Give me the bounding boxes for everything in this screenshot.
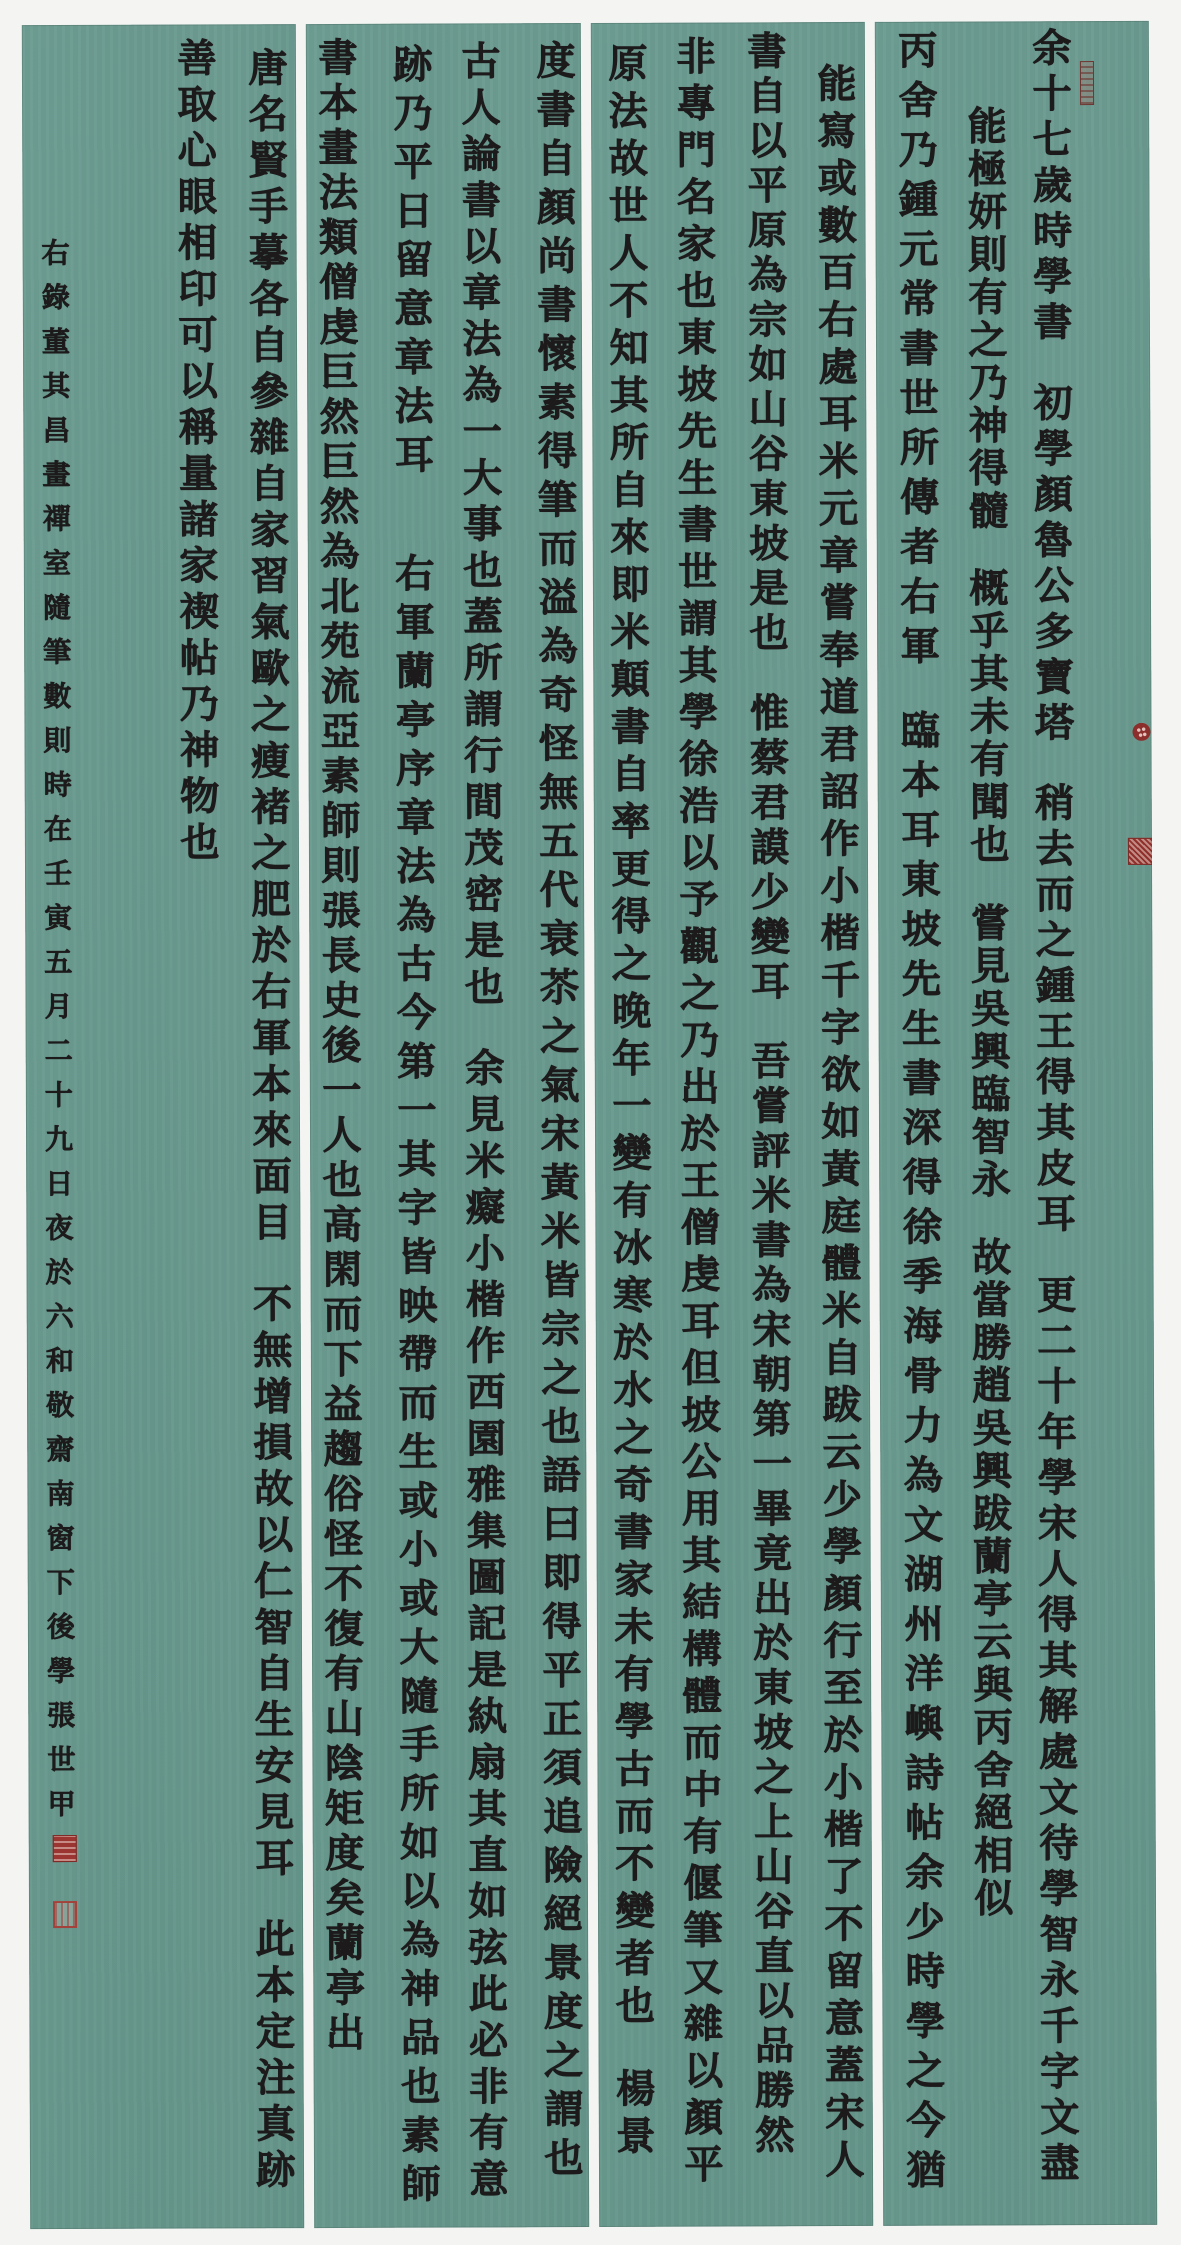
seal-stamp-icon xyxy=(53,1901,77,1928)
text-segment: 初學顏魯公多寶塔 xyxy=(1027,382,1074,748)
text-segment: 原法故世人不知其所自來即米顛書自率更得之晚年一變有冰寒於水之奇書家未有學古而不變… xyxy=(602,43,656,2033)
text-segment: 惟蔡君謨少變耳 xyxy=(743,692,790,1005)
text-segment: 楊景 xyxy=(610,2067,656,2154)
calligraphy-scroll-set: 唐名賢手摹各自參雜自家習氣歐之瘦褚之肥於右軍本來面目不無增損故以仁智自生安見耳此… xyxy=(0,0,1181,2245)
text-column: 跡乃平日留意章法耳右軍蘭亭序章法為古今第一其字皆映帶而生或小或大隨手所如以為神品… xyxy=(382,44,446,2203)
seal-stamp-icon xyxy=(1132,723,1150,741)
text-segment: 善取心眼相印可以稱量諸家禊帖乃神物也 xyxy=(171,37,220,860)
text-column: 唐名賢手摹各自參雜自家習氣歐之瘦褚之肥於右軍本來面目不無增損故以仁智自生安見耳此… xyxy=(237,47,301,2188)
text-column: 原法故世人不知其所自來即米顛書自率更得之晚年一變有冰寒於水之奇書家未有學古而不變… xyxy=(597,43,661,2154)
text-segment: 臨本耳東坡先生書深得徐季海骨力為文湖州洋嶼詩帖余少時學之今猶 xyxy=(894,710,946,2189)
text-segment: 此本定注真跡 xyxy=(249,1918,296,2188)
text-segment: 更二十年學宋人得其解處文待學智永千字文盡 xyxy=(1031,1274,1080,2181)
text-column: 能極妍則有之乃神得髓概乎其未有聞也嘗見吳興臨智永故當勝趙吳興跋蘭亭云與丙舍絕相似 xyxy=(956,105,1019,1916)
text-column: 古人論書以章法為一大事也蓋所謂行間茂密是也余見米癡小楷作西園雅集圖記是紈扇其直如… xyxy=(450,40,514,2197)
text-segment: 丙舍乃鍾元常書世所傳者右軍 xyxy=(892,30,940,676)
text-segment: 稍去而之鍾王得其皮耳 xyxy=(1029,782,1077,1239)
text-segment: 不無增損故以仁智自生安見耳 xyxy=(247,1283,295,1883)
text-column: 書本畫法類僧虔巨然巨然為北苑流亞素師則張長史後一人也高閑而下益趨俗怪不復有山陰矩… xyxy=(307,37,371,2051)
text-segment: 書自以平原為宗如山谷東坡是也 xyxy=(741,30,789,657)
text-column: 善取心眼相印可以稱量諸家禊帖乃神物也 xyxy=(166,37,225,860)
text-segment: 故當勝趙吳興跋蘭亭云與丙舍絕相似 xyxy=(965,1236,1014,1916)
text-segment: 余見米癡小楷作西園雅集圖記是紈扇其直如弦此必非有意 xyxy=(459,1047,509,2197)
text-segment: 古人論書以章法為一大事也蓋所謂行間茂密是也 xyxy=(455,40,505,1012)
text-segment: 概乎其未有聞也 xyxy=(963,568,1010,867)
text-column: 丙舍乃鍾元常書世所傳者右軍臨本耳東坡先生書深得徐季海骨力為文湖州洋嶼詩帖余少時學… xyxy=(887,30,951,2189)
inscription-signature: 右錄董其昌畫禪室隨筆數則時在壬寅五月二十九日夜於六和敬齋南窗下後學張世甲 xyxy=(34,238,80,1817)
text-segment: 能寫或數百右處耳米元章嘗奉道君詔作小楷千字欲如黃庭體米自跋云少學顏行至於小楷了不… xyxy=(811,63,865,2178)
text-segment: 右軍蘭亭序章法為古今第一其字皆映帶而生或小或大隨手所如以為神品也素師 xyxy=(389,553,441,2203)
seal-stamp-icon xyxy=(53,1835,77,1862)
text-column: 非專門名家也東坡先生書世謂其學徐浩以予觀之乃出於王僧虔耳但坡公用其結構體而中有偃… xyxy=(665,35,729,2182)
text-segment: 書本畫法類僧虔巨然巨然為北苑流亞素師則張長史後一人也高閑而下益趨俗怪不復有山陰矩… xyxy=(312,37,366,2051)
mounted-panels: 唐名賢手摹各自參雜自家習氣歐之瘦褚之肥於右軍本來面目不無增損故以仁智自生安見耳此… xyxy=(0,0,1181,2245)
text-segment: 余十七歲時學書 xyxy=(1026,27,1073,347)
text-column: 書自以平原為宗如山谷東坡是也惟蔡君謨少變耳吾嘗評米書為宋朝第一畢竟出於東坡之上山… xyxy=(736,30,800,2153)
text-column: 度書自顏尚書懷素得筆而溢為奇怪無五代衰苶之氣宋黃米皆宗之也語曰即得平正須追險絕景… xyxy=(525,40,589,2176)
text-segment: 跡乃平日留意章法耳 xyxy=(387,44,435,483)
calligraphy-panel-1: 余十七歲時學書初學顏魯公多寶塔稍去而之鍾王得其皮耳更二十年學宋人得其解處文待學智… xyxy=(875,21,1157,2226)
text-segment: 唐名賢手摹各自參雜自家習氣歐之瘦褚之肥於右軍本來面目 xyxy=(242,47,293,1248)
text-column: 能寫或數百右處耳米元章嘗奉道君詔作小楷千字欲如黃庭體米自跋云少學顏行至於小楷了不… xyxy=(806,63,870,2178)
text-segment: 非專門名家也東坡先生書世謂其學徐浩以予觀之乃出於王僧虔耳但坡公用其結構體而中有偃… xyxy=(670,36,724,2183)
text-segment: 嘗見吳興臨智永 xyxy=(964,902,1011,1201)
calligraphy-panel-2: 能寫或數百右處耳米元章嘗奉道君詔作小楷千字欲如黃庭體米自跋云少學顏行至於小楷了不… xyxy=(591,22,873,2227)
text-segment: 能極妍則有之乃神得髓 xyxy=(961,105,1009,533)
text-segment: 吾嘗評米書為宋朝第一畢竟出於東坡之上山谷直以品勝然 xyxy=(745,1040,795,2153)
seal-stamp-icon xyxy=(1080,61,1094,105)
text-column: 余十七歲時學書初學顏魯公多寶塔稍去而之鍾王得其皮耳更二十年學宋人得其解處文待學智… xyxy=(1021,27,1085,2181)
calligraphy-panel-4: 唐名賢手摹各自參雜自家習氣歐之瘦褚之肥於右軍本來面目不無增損故以仁智自生安見耳此… xyxy=(22,24,304,2229)
text-segment: 度書自顏尚書懷素得筆而溢為奇怪無五代衰苶之氣宋黃米皆宗之也語曰即得平正須追險絕景… xyxy=(530,40,584,2176)
seal-stamp-icon xyxy=(1128,838,1153,865)
calligraphy-panel-3: 度書自顏尚書懷素得筆而溢為奇怪無五代衰苶之氣宋黃米皆宗之也語曰即得平正須追險絕景… xyxy=(306,23,589,2228)
